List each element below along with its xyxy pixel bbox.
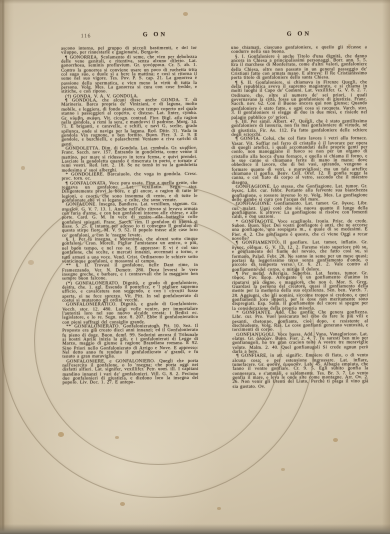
scanned-page: 116 G ON G ON ascono intorno, pel gruppo… [0,0,390,534]
dictionary-entry: GONFIAGIONE. Lo stesso, che Gonfiagione.… [232,184,368,202]
foxing-spot [120,502,125,506]
foxing-spot [305,118,308,121]
foxing-spot [281,468,285,471]
page-edge-bottom [0,524,390,534]
running-head-right: G ON [269,30,329,37]
foxing-spot [21,166,25,170]
page-edge-top [0,0,390,4]
dictionary-entry: ¶ GONFIA. Colui, che col fiato lavora i … [231,136,367,184]
foxing-spot [333,438,338,442]
running-head-left: G ON [125,31,185,38]
dictionary-entry: §. III. Per simil. Albert. 47. Quegli, c… [231,119,367,137]
foxing-spot [58,432,64,437]
foxing-spot [94,328,97,331]
dictionary-entry: ¶ GONORREA. Scolamento di seme, che vien… [61,55,197,95]
torn-page-edge-left [0,0,14,534]
foxing-spot [217,507,221,510]
page-number: 116 [71,33,101,39]
page-edge-right [382,0,390,534]
dictionary-entry: ¶ §. II. Gonfaloniere, si chiamava in Fi… [231,80,367,120]
foxing-spot [28,260,34,265]
foxing-spot [183,12,188,16]
foxing-spot [115,436,119,439]
dictionary-entry: GONDOLETTA. Dim. di Gondola. Lat. cymbul… [61,146,197,173]
foxing-spot [348,44,351,47]
dictionary-entry: §. I. Gonfaloniere è anche Titolo d'una … [231,54,367,81]
dictionary-entry: ¶ GONDOLA, che alcuni disse anche GONDA.… [61,98,197,146]
plate-mark-circle-inner [34,217,282,465]
